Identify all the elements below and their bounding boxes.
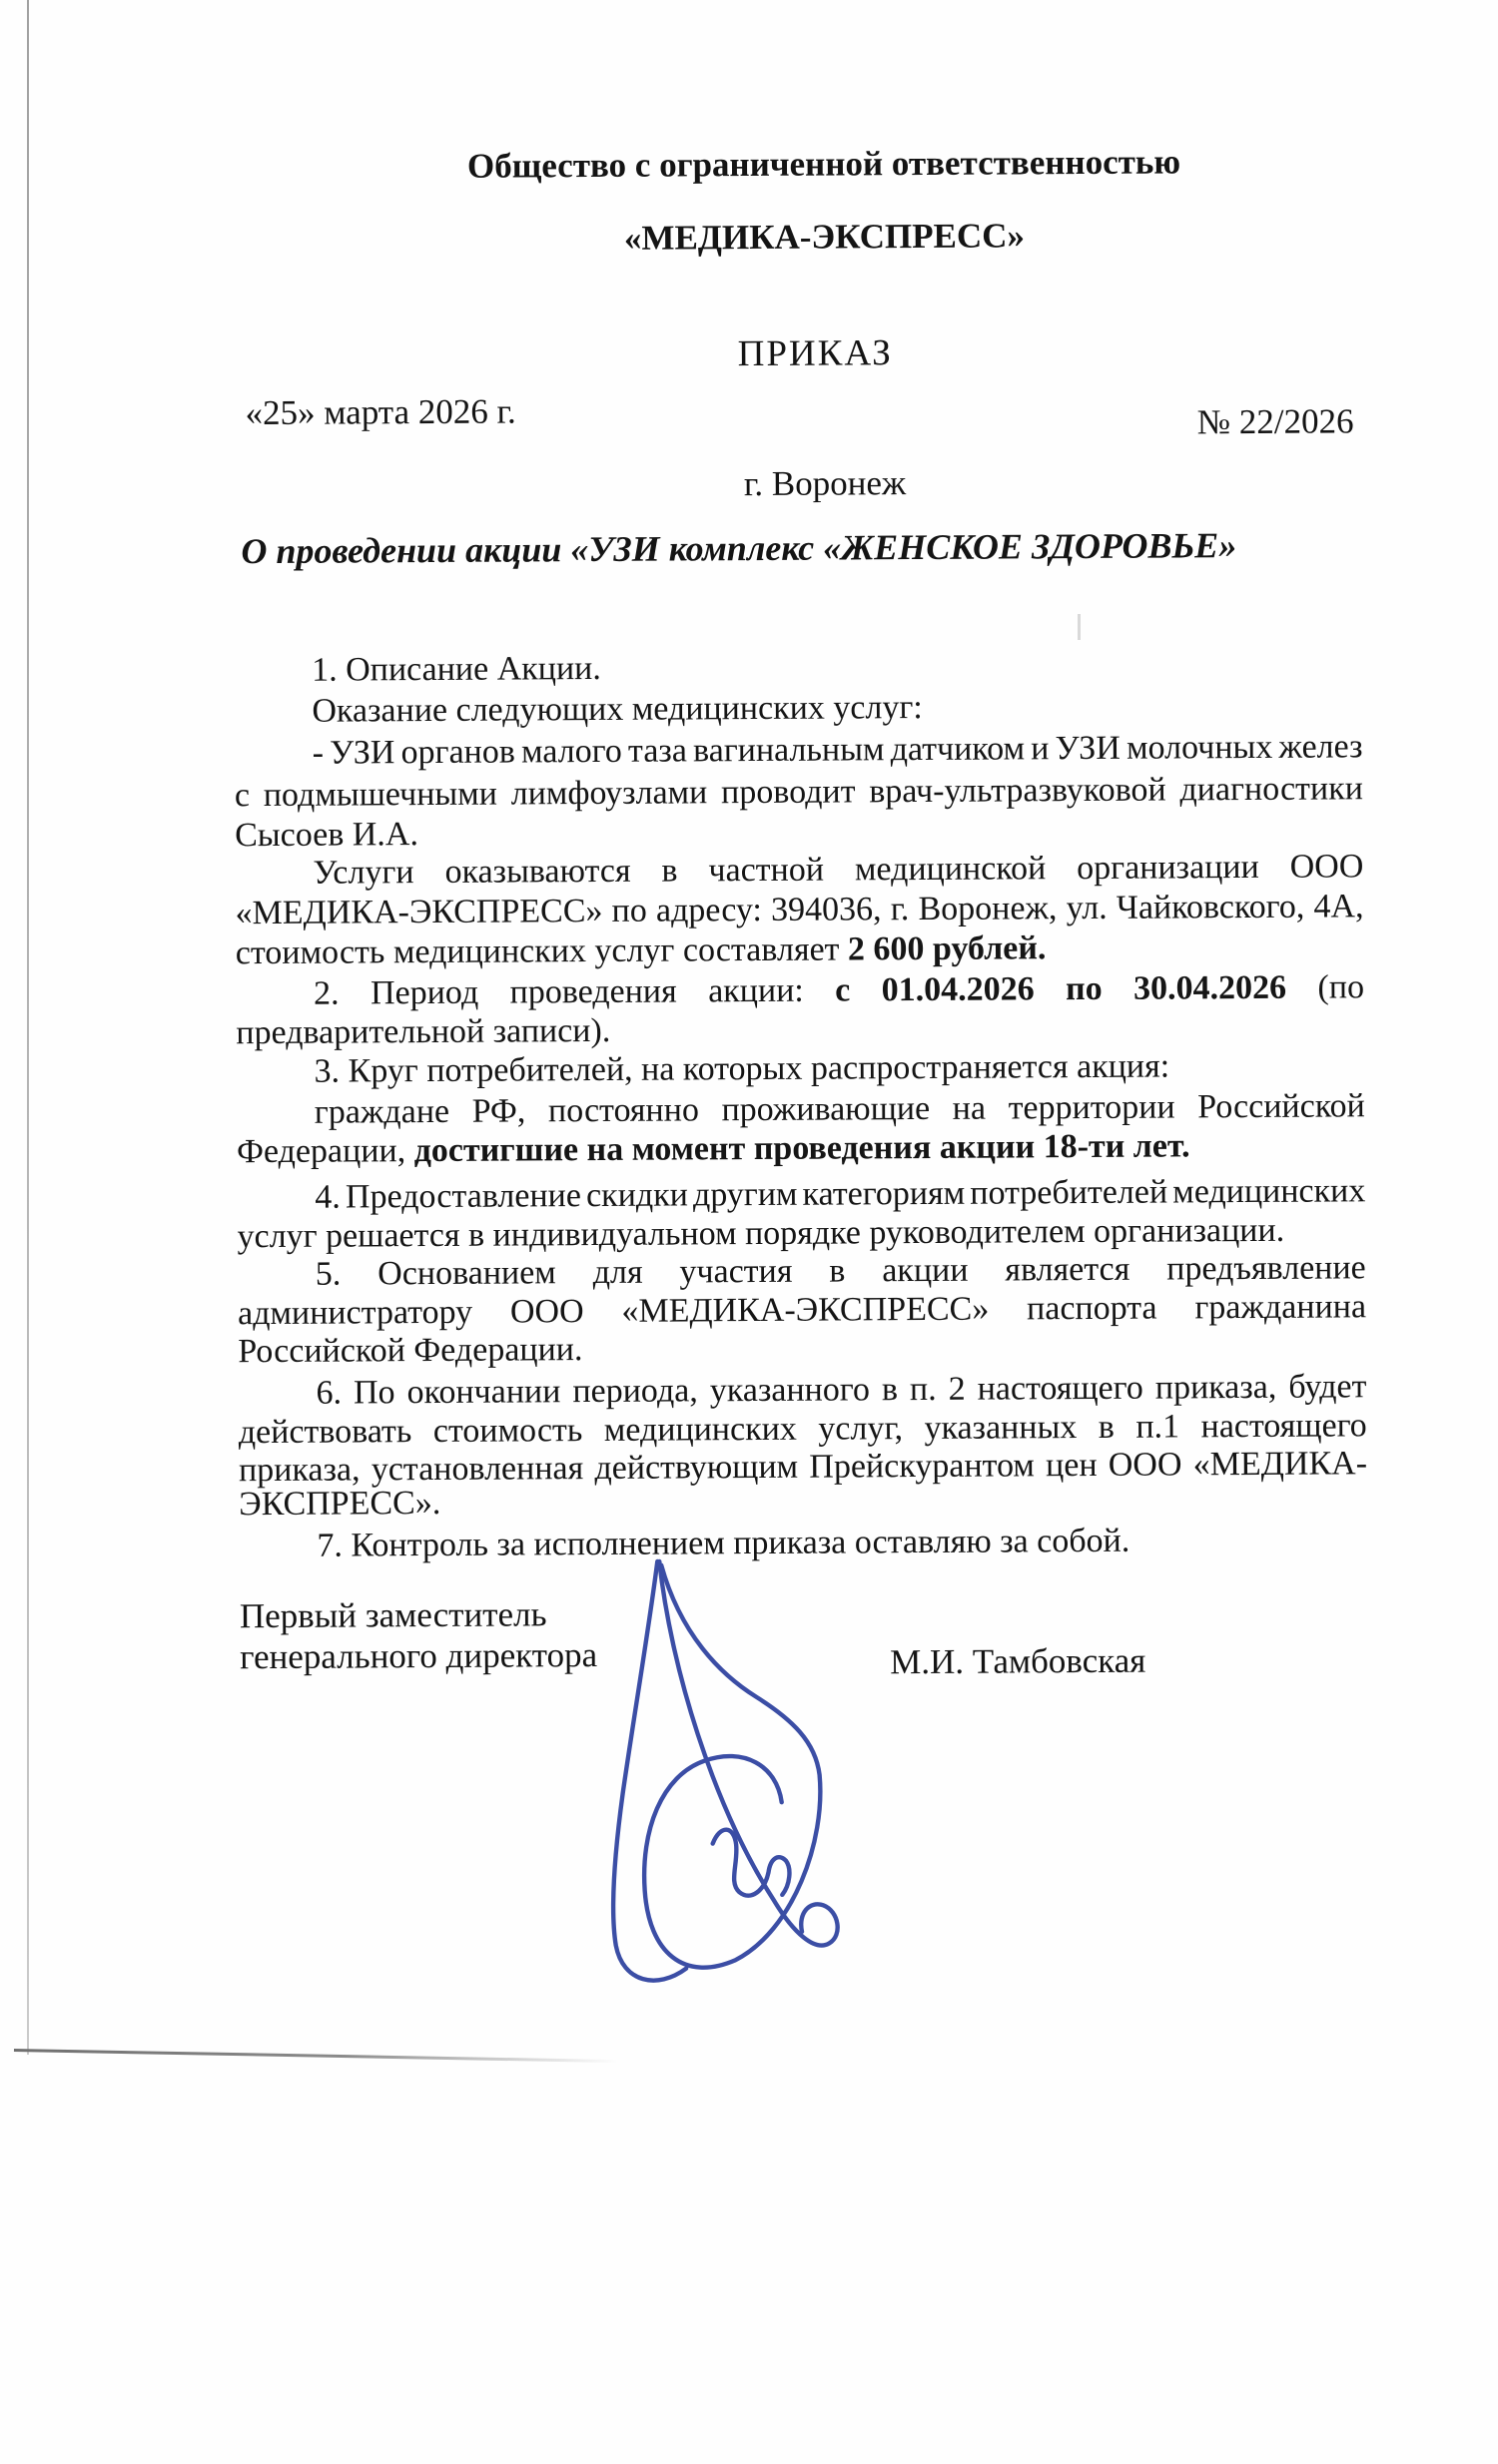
doc-line: «МЕДИКА-ЭКСПРЕСС»поадресу:394036,г.Ворон… (235, 886, 1363, 933)
doc-body: 1. Описание Акции.Оказание следующих мед… (0, 0, 1498, 2464)
scan-edge-vertical-line (27, 0, 29, 2055)
signer-position-line1: Первый заместитель (240, 1593, 547, 1637)
doc-line: гражданеРФ,постояннопроживающиенатеррито… (315, 1085, 1365, 1133)
doc-line: предварительной записи). (236, 1010, 610, 1054)
doc-line: ЭКСПРЕСС». (239, 1483, 440, 1526)
doc-line: сподмышечнымилимфоузламипроводитврач-уль… (235, 768, 1363, 816)
signature-scribble (565, 1546, 890, 2000)
doc-line: 3. Круг потребителей, на которых распрос… (314, 1046, 1169, 1093)
doc-line: администраторуООО«МЕДИКА-ЭКСПРЕСС»паспор… (238, 1286, 1366, 1334)
doc-line: 1. Описание Акции. (312, 648, 601, 691)
doc-line: -УЗИоргановмалоготазавагинальнымдатчиком… (313, 726, 1363, 774)
signer-position-line2: генерального директора (240, 1634, 597, 1678)
document-content: Общество с ограниченной ответственностью… (0, 0, 1498, 2464)
doc-line: Сысоев И.А. (235, 814, 418, 857)
doc-line: стоимость медицинских услуг составляет 2… (236, 927, 1047, 973)
scanned-order-document: Общество с ограниченной ответственностью… (0, 0, 1498, 2464)
scan-smudge-mark (1078, 614, 1081, 640)
doc-line: Российской Федерации. (238, 1329, 582, 1373)
doc-line: 2.Периодпроведенияакции:с01.04.2026по30.… (314, 966, 1364, 1014)
doc-line: Оказание следующих медицинских услуг: (312, 687, 923, 732)
signer-name: М.И. Тамбовская (890, 1640, 1145, 1684)
doc-line: Федерации, достигшие на момент проведени… (237, 1125, 1190, 1172)
